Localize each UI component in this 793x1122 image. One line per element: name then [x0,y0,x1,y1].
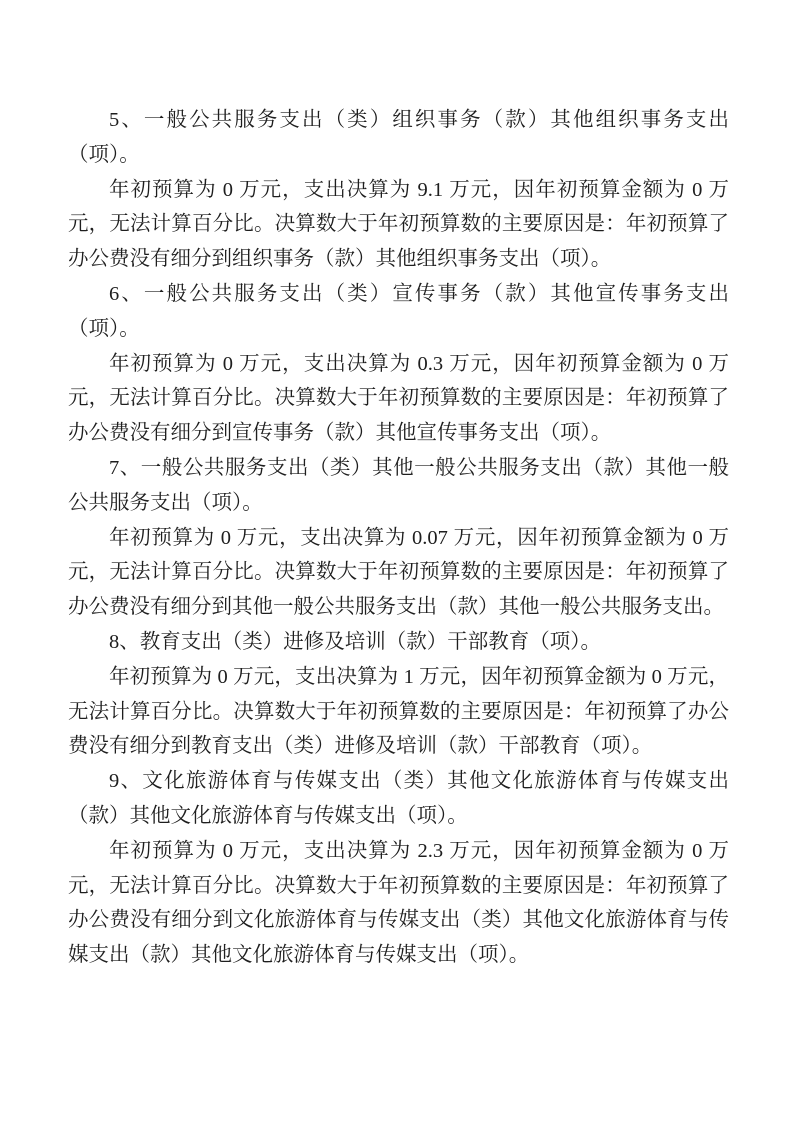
document-content: 5、一般公共服务支出（类）组织事务（款）其他组织事务支出（项）。 年初预算为 0… [68,103,729,973]
section-5-heading: 5、一般公共服务支出（类）组织事务（款）其他组织事务支出（项）。 [68,103,729,173]
section-5-body: 年初预算为 0 万元，支出决算为 9.1 万元，因年初预算金额为 0 万元，无法… [68,173,729,277]
section-7-heading: 7、一般公共服务支出（类）其他一般公共服务支出（款）其他一般公共服务支出（项）。 [68,451,729,521]
section-6-body: 年初预算为 0 万元，支出决算为 0.3 万元，因年初预算金额为 0 万元，无法… [68,347,729,451]
document-page: 5、一般公共服务支出（类）组织事务（款）其他组织事务支出（项）。 年初预算为 0… [0,0,793,1122]
section-6-heading: 6、一般公共服务支出（类）宣传事务（款）其他宣传事务支出（项）。 [68,277,729,347]
section-7-body: 年初预算为 0 万元，支出决算为 0.07 万元，因年初预算金额为 0 万元，无… [68,521,729,625]
section-9-heading: 9、文化旅游体育与传媒支出（类）其他文化旅游体育与传媒支出（款）其他文化旅游体育… [68,764,729,834]
section-9-body: 年初预算为 0 万元，支出决算为 2.3 万元，因年初预算金额为 0 万元，无法… [68,834,729,973]
section-8-body: 年初预算为 0 万元，支出决算为 1 万元，因年初预算金额为 0 万元，无法计算… [68,660,729,764]
section-8-heading: 8、教育支出（类）进修及培训（款）干部教育（项）。 [68,625,729,660]
